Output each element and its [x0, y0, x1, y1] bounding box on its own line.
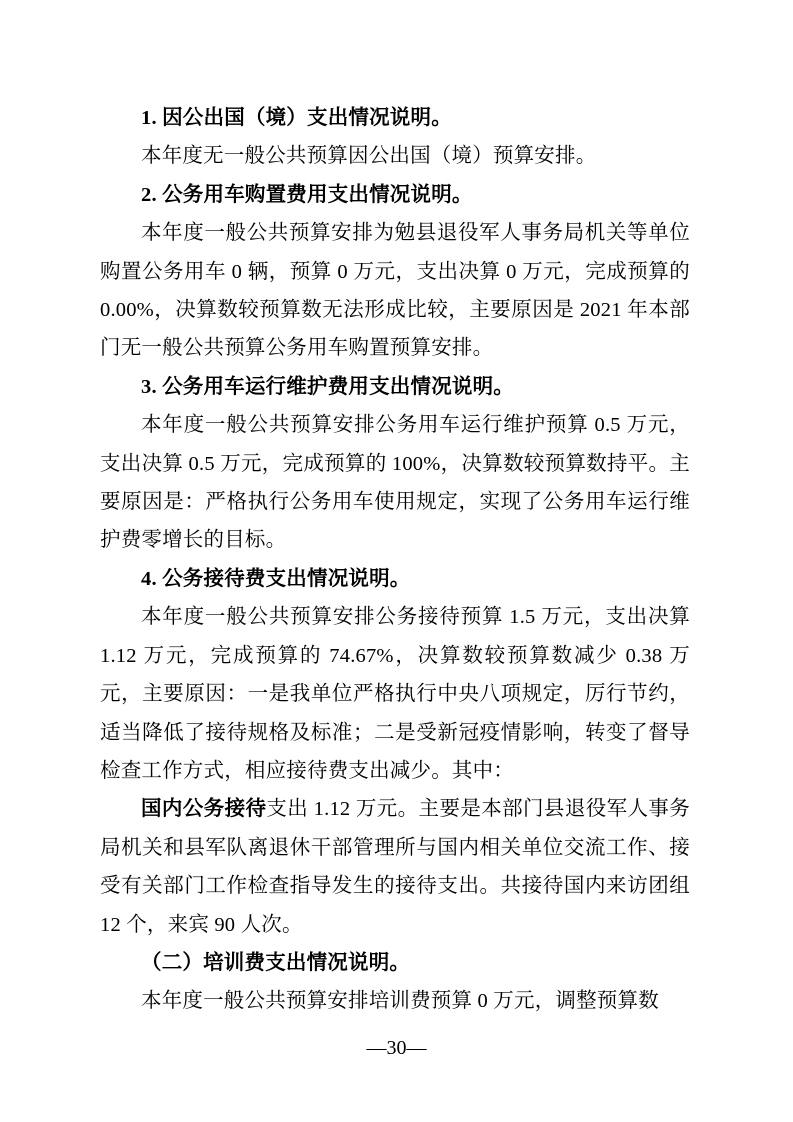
heading-abroad-visits: 1. 因公出国（境）支出情况说明。	[100, 99, 690, 137]
paragraph-vehicle-purchase: 本年度一般公共预算安排为勉县退役军人事务局机关等单位购置公务用车 0 辆，预算 …	[100, 214, 690, 368]
paragraph-training-fee: 本年度一般公共预算安排培训费预算 0 万元，调整预算数	[100, 982, 690, 1020]
paragraph-official-reception: 本年度一般公共预算安排公务接待预算 1.5 万元，支出决算 1.12 万元，完成…	[100, 598, 690, 790]
heading-vehicle-purchase: 2. 公务用车购置费用支出情况说明。	[100, 176, 690, 214]
heading-official-reception: 4. 公务接待费支出情况说明。	[100, 560, 690, 598]
paragraph-vehicle-maintenance: 本年度一般公共预算安排公务用车运行维护预算 0.5 万元，支出决算 0.5 万元…	[100, 406, 690, 560]
heading-vehicle-maintenance: 3. 公务用车运行维护费用支出情况说明。	[100, 368, 690, 406]
domestic-reception-label: 国内公务接待	[141, 798, 266, 820]
paragraph-abroad-visits: 本年度无一般公共预算因公出国（境）预算安排。	[100, 137, 690, 175]
page-number: —30—	[0, 1036, 793, 1060]
paragraph-domestic-reception: 国内公务接待支出 1.12 万元。主要是本部门县退役军人事务局机关和县军队离退休…	[100, 790, 690, 944]
document-body: 1. 因公出国（境）支出情况说明。 本年度无一般公共预算因公出国（境）预算安排。…	[100, 99, 690, 1021]
document-page: 1. 因公出国（境）支出情况说明。 本年度无一般公共预算因公出国（境）预算安排。…	[0, 0, 793, 1122]
heading-training-fee: （二）培训费支出情况说明。	[100, 944, 690, 982]
